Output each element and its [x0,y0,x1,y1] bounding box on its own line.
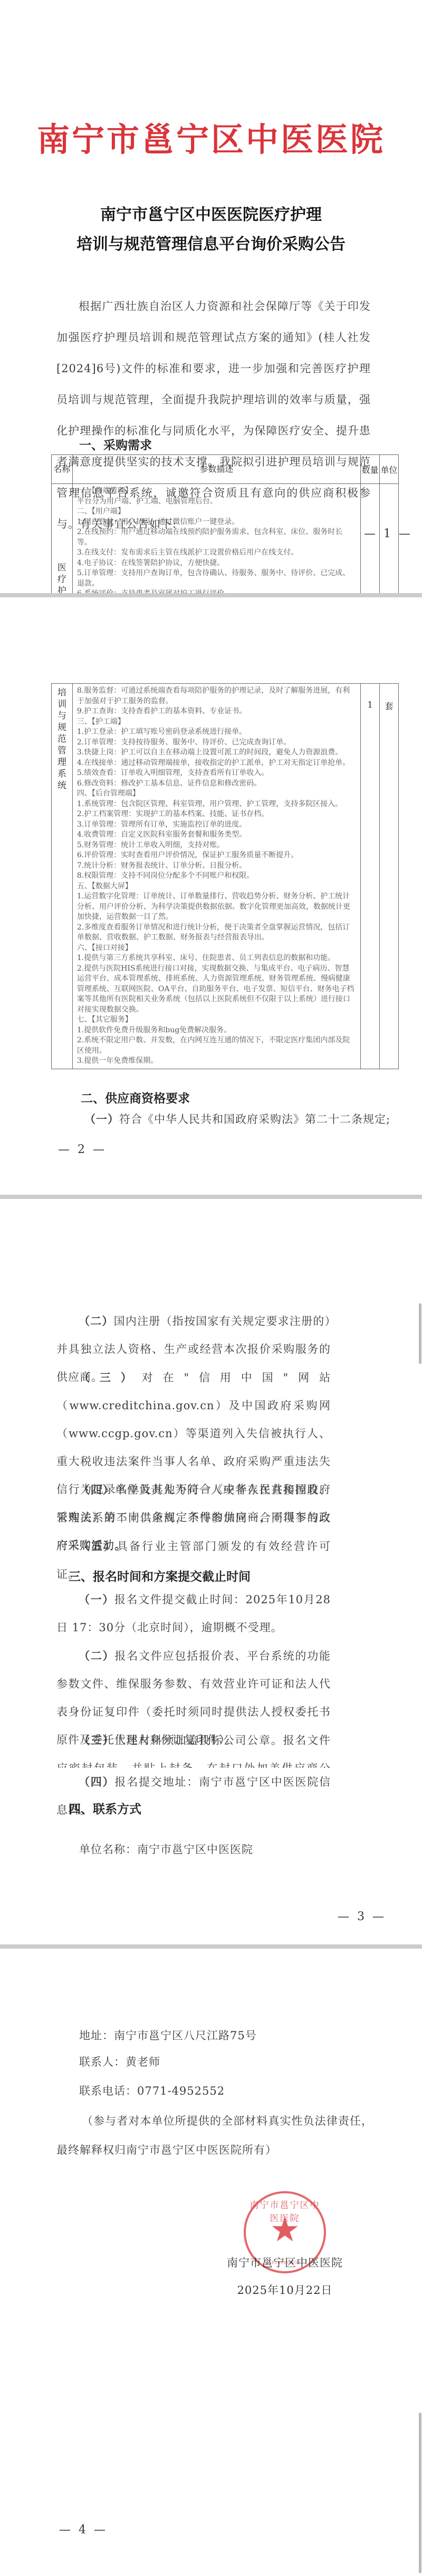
desc-line: 3.订单管理：管理所有订单，实施监控订单的进度。 [77,820,356,830]
title-line-1: 南宁市邕宁区中医医院医疗护理 [0,200,422,230]
page-2: 培训与规范管理系统 8.服务监督：可通过系统端查看每项陪护服务的护理记录，及时了… [0,597,422,1195]
desc-line: 二、【用户端】 [77,507,356,517]
document-title: 南宁市邕宁区中医医院医疗护理 培训与规范管理信息平台询价采购公告 [0,200,422,259]
section-1-heading: 一、采购需求 [79,435,152,453]
section-2-heading: 二、供应商资格要求 [81,1089,190,1106]
desc-line: 5.绩效查看：订单收入明细管理，支持查看所有订单收入。 [77,768,356,779]
desc-line: 4.在线接单：通过移动管理端接单，接收指定的护工派单，护工对无指定订单抢单。 [77,758,356,769]
item-label: （二） [79,1649,114,1662]
desc-line: 4.电子协议：在线签署陪护协议，方便快捷。 [77,558,356,569]
desc-line: 2.订单管理：支持按待服务、服务中、待评价、已完成查询订单。 [77,738,356,748]
item-desc-cell: 8.服务监督：可通过系统端查看每项陪护服务的护理记录，及时了解服务进展，有利于加… [72,684,360,1069]
page-number: — 3 — [338,1910,386,1923]
item-label: （四） [79,1483,114,1496]
contact-phone: 联系电话：0771-4952552 [79,2078,353,2104]
item-name-cell: 培训与规范管理系统 [52,684,73,1069]
desc-line: 六、【接口对接】 [77,943,356,954]
desc-line: 1.用户登录：用户扫码，通过微信账户一键登录。 [77,517,356,528]
requirements-table-page-1: 名称 参数描述 数量 单位 医疗护理员 一、【终端管理】 平台分为用户端、护工端… [51,454,399,593]
page-3-footer: 单位名称：南宁市邕宁区中医医院 — 3 — [0,1836,422,1944]
desc-line: 7.统计分析：财务报表统计、订单分析、日报分析。 [77,861,356,871]
scrollbar-thumb[interactable] [419,1303,421,1364]
contact-person: 联系人：黄老师 [79,2049,353,2075]
header-unit: 单位 [379,455,398,484]
header-desc: 参数描述 [72,455,360,484]
desc-line: 6.评价管理：实时查看用户评价情况，保证护工服务质量不断提升。 [77,850,356,861]
header-qty: 数量 [360,455,379,484]
desc-line: 平台分为用户端、护工端、电脑管理后台。 [77,497,356,507]
page-number: — 4 — [59,2523,108,2536]
section-4-heading: 四、联系方式 [69,1799,141,1817]
desc-line: 1.运营数字化管理：订单统计、订单数量排行、营收趋势分析、财务分析、护工统计分析… [77,892,356,923]
item-label: （五） [79,1539,117,1553]
page-3: （二）国内注册（指按国家有关规定要求注册的）并具独立法人资格、生产或经营本次报价… [0,1199,422,1768]
page-4: 地址：南宁市邕宁区八尺江路75号 联系人：黄老师 联系电话：0771-49525… [0,1949,422,2576]
table-row: 医疗护理员 一、【终端管理】 平台分为用户端、护工端、电脑管理后台。 二、【用户… [52,484,399,594]
desc-line: 5.订单管理：支持用户查询订单，包含待确认、待服务、服务中、待评价、已完成、退款… [77,568,356,589]
item-label: （三） [79,1371,142,1384]
table-row: 培训与规范管理系统 8.服务监督：可通过系统端查看每项陪护服务的护理记录，及时了… [52,684,399,1069]
deadline-item-1: （一）报名文件提交截止时间：2025年10月28日 17：30分（北京时间），逾… [56,1585,331,1642]
desc-line: 四、【后台管理端】 [77,789,356,799]
item-name-cell: 医疗护理员 [52,484,73,594]
qualification-item-1: （一）符合《中华人民共和国政府采购法》第二十二条规定; [84,1109,401,1130]
page-number: — 1 — [364,527,413,540]
deadline-item-3: （三）上述材料须加盖投标公司公章。报名文件应密封包装，并贴上封条，在封口处加盖供… [56,1726,331,1768]
legal-note: （参与者对本单位所提供的全部材料真实性负法律责任，最终解释权归南宁市邕宁区中医医… [56,2107,373,2165]
letterhead: 南宁市邕宁区中医医院 [0,113,422,160]
signature-org: 南宁市邕宁区中医医院 [206,2254,364,2270]
table-header-row: 名称 参数描述 数量 单位 [52,455,399,484]
scrollbar-thumb[interactable] [419,2413,421,2573]
desc-line: 5.财务管理：统计工单收入明细，支持对账。 [77,840,356,851]
desc-line: 1.提供与第三方系统共享科室、床号、住院患者、员工列表信息的数据和功能。 [77,953,356,964]
page-number: — 2 — [58,1143,107,1156]
seal-star-icon: ★ [246,2213,324,2247]
item-label: （三） [79,1734,114,1747]
desc-line: 1.提供软件免费升级服务和bug免费解决服务。 [77,1025,356,1036]
page-3-continued: （四）报名提交地址：南宁市邕宁区中医医院信息科。 四、联系方式 [0,1768,422,1836]
desc-line: 3.快捷上岗：护工可以自主在移动端上设置可派工的时间段，避免人力资源浪费。 [77,748,356,758]
desc-line: 1.系统管理：包含院区管理、科室管理、用户管理、护工管理，支持多院区接入。 [77,799,356,810]
item-label: （二） [79,1314,114,1328]
desc-line: 3.提供一年免费维保期。 [77,1056,356,1067]
page-1: 南宁市邕宁区中医医院 南宁市邕宁区中医医院医疗护理 培训与规范管理信息平台询价采… [0,0,422,593]
desc-line: 6.系统评价：支持患者及家属对护工进行评价。 [77,589,356,593]
page-gap [0,1195,422,1199]
item-unit-cell: 套 [379,684,398,1069]
desc-line: 七、【其它服务】 [77,1015,356,1025]
header-name: 名称 [52,455,73,484]
desc-line: 1.护工登录：护工填写账号密码登录系统进行接单。 [77,727,356,738]
desc-line: 2.护工档案管理：实现护工的基本档案、技能、证书存档。 [77,809,356,820]
desc-line: 8.权限管理：支持不同岗位分配多个不同账户和权限。 [77,871,356,882]
desc-line: 一、【终端管理】 [77,486,356,497]
desc-line: 三、【护工端】 [77,717,356,728]
section-3-heading: 三、报名时间和方案提交截止时间 [69,1567,251,1584]
page-gap [0,1944,422,1949]
item-qty-cell: 1 [361,684,380,1069]
unit-name: 单位名称：南宁市邕宁区中医医院 [79,1836,353,1863]
desc-line: 4.收费管理：自定义医院科室服务套餐和服务类型。 [77,830,356,840]
signature-date: 2025年10月22日 [206,2282,364,2298]
desc-line: 2.系统不限定用户数、并发数，在内网互连互通的情况下，不限定医疗集团内部及院区使… [77,1035,356,1056]
desc-line: 9.护工查询：支持查看护工的基本资料、专业证书。 [77,706,356,717]
address: 地址：南宁市邕宁区八尺江路75号 [79,2022,353,2049]
requirements-table-page-2: 培训与规范管理系统 8.服务监督：可通过系统端查看每项陪护服务的护理记录，及时了… [51,683,399,1069]
desc-line: 五、【数据大屏】 [77,882,356,892]
item-desc-cell: 一、【终端管理】 平台分为用户端、护工端、电脑管理后台。 二、【用户端】 1.用… [72,484,360,594]
item-text: 符合《中华人民共和国政府采购法》第二十二条规定; [119,1113,390,1126]
desc-line: 2.提供与医院HIS系统进行接口对接，实现数据交换、与集成平台、电子病历、智慧运… [77,964,356,1015]
desc-line: 2.多维度查看服务订单情况和进行统计分析，便于决策者全盘掌握运营情况，包括订单数… [77,923,356,943]
title-line-2: 培训与规范管理信息平台询价采购公告 [0,230,422,259]
item-label: （一） [84,1112,119,1126]
item-label: （四） [79,1775,114,1788]
desc-line: 3.在线支付：发布需求后主管在线派护工设置价格后用户在线支付。 [77,548,356,558]
desc-line: 6.修改资料：修改护工基本信息、证件信息和修改密码。 [77,779,356,789]
desc-line: 8.服务监督：可通过系统端查看每项陪护服务的护理记录，及时了解服务进展，有利于加… [77,686,356,706]
page-gap [0,593,422,597]
desc-line: 2.在线预约：用户通过移动端在线预约陪护服务需求、包含科室、床位、服务时长等。 [77,527,356,548]
item-label: （一） [79,1593,114,1606]
